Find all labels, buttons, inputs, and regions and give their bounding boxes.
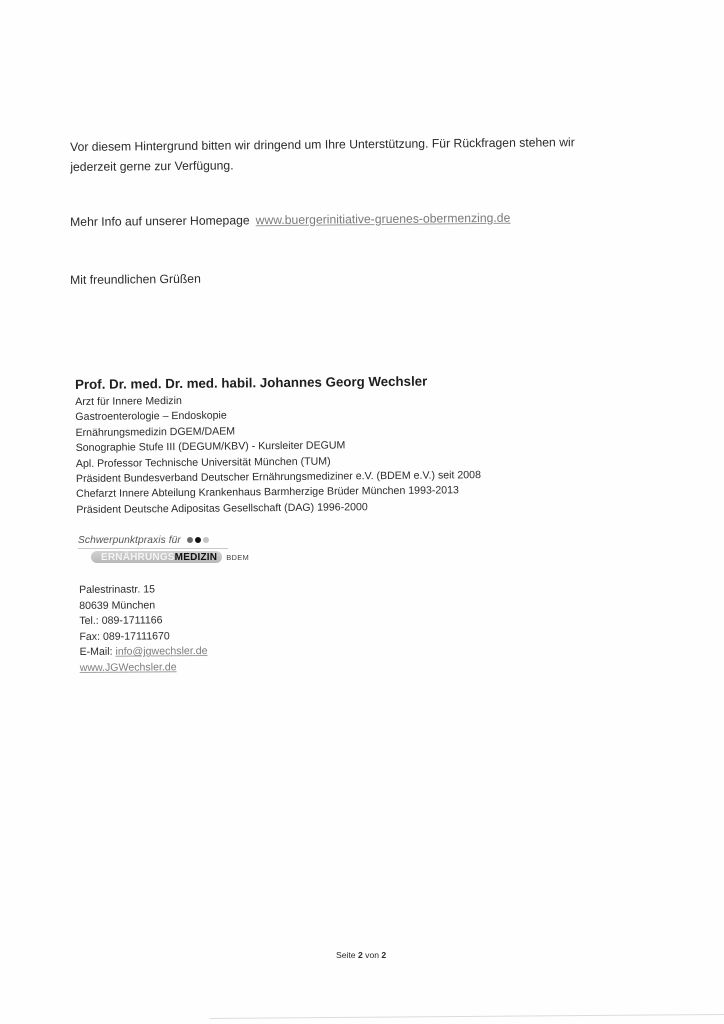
signatory-titles: Arzt für Innere Medizin Gastroenterologi… [75,391,481,518]
page-number: Seite 2 von 2 [336,950,386,960]
more-info-label: Mehr Info auf unserer Homepage [70,213,250,229]
logo-word-light: ERNÄHRUNGS [101,552,175,563]
logo-divider [78,548,228,549]
email-link[interactable]: info@jgwechsler.de [115,645,207,658]
contact-block: Palestrinastr. 15 80639 München Tel.: 08… [79,582,208,677]
logo-tagline-row: Schwerpunktpraxis für [78,535,211,546]
contact-street: Palestrinastr. 15 [79,582,207,599]
signature-block: Prof. Dr. med. Dr. med. habil. Johannes … [75,371,481,518]
page-mid: von [363,950,382,960]
scan-edge-line [210,1014,724,1019]
contact-tel: Tel.: 089-1711166 [79,613,207,630]
logo-word-dark: MEDIZIN [175,552,218,563]
paragraph-line-2: jederzeit gerne zur Verfügung. [70,152,575,177]
closing-salutation: Mit freundlichen Grüßen [70,269,201,290]
website-link[interactable]: www.JGWechsler.de [80,661,177,674]
practice-logo: Schwerpunktpraxis für ERNÄHRUNGSMEDIZIN … [78,535,278,567]
page-total: 2 [381,950,386,960]
logo-wordmark: ERNÄHRUNGSMEDIZIN BDEM [91,551,249,563]
more-info-line: Mehr Info auf unserer Homepagewww.buerge… [70,208,510,232]
contact-fax: Fax: 089-17111670 [79,629,207,646]
logo-suffix: BDEM [226,553,249,562]
contact-email-row: E-Mail: info@jgwechsler.de [79,644,207,661]
logo-dots-icon [187,535,211,546]
contact-city: 80639 München [79,598,207,615]
closing-paragraph: Vor diesem Hintergrund bitten wir dringe… [70,132,575,177]
page-prefix: Seite [336,950,358,960]
logo-pill: ERNÄHRUNGSMEDIZIN [91,551,222,563]
dot-icon [187,537,193,543]
dot-icon [195,537,201,543]
logo-tagline: Schwerpunktpraxis für [78,535,181,546]
homepage-link[interactable]: www.buergerinitiative-gruenes-obermenzin… [256,211,511,227]
title-line: Präsident Deutsche Adipositas Gesellscha… [76,499,481,518]
dot-icon [203,537,209,543]
email-label: E-Mail: [79,646,115,658]
letter-page: Vor diesem Hintergrund bitten wir dringe… [0,0,724,1024]
signatory-name: Prof. Dr. med. Dr. med. habil. Johannes … [75,371,480,395]
